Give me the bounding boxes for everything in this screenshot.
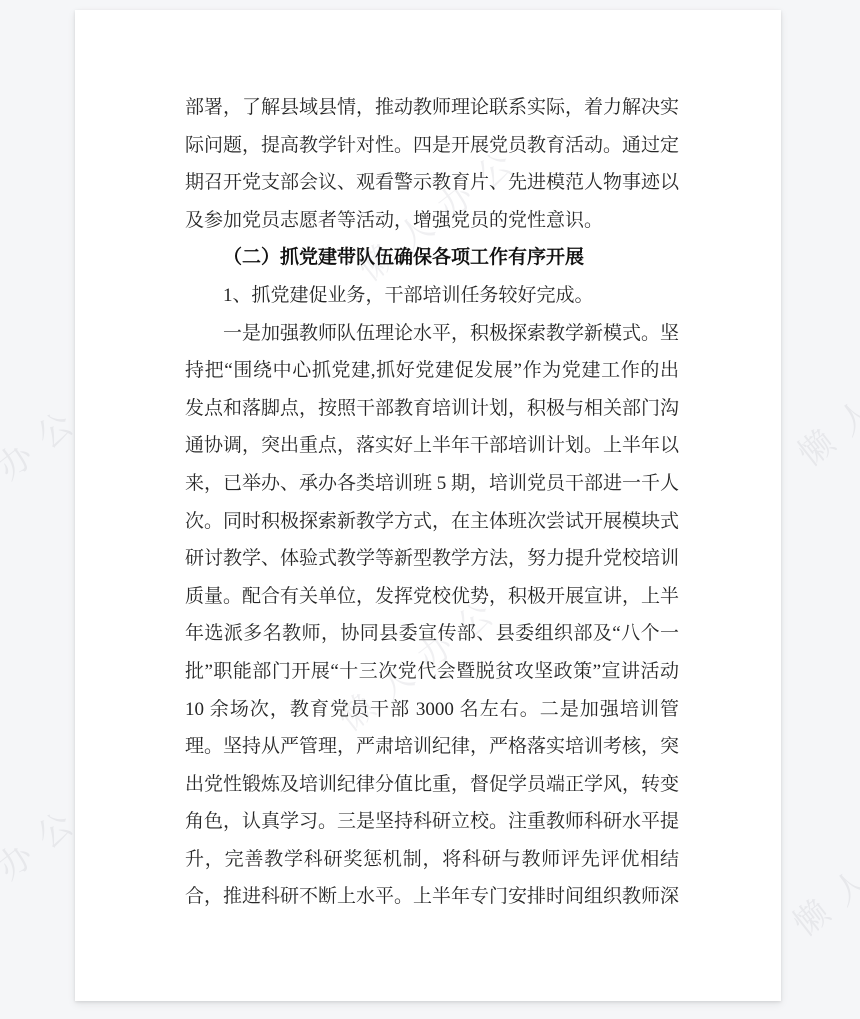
watermark-text: 懒人办公 (781, 784, 860, 946)
watermark-text: 懒人办公 (786, 314, 860, 476)
document-viewer-background: 部署，了解县域县情，推动教师理论联系实际，着力解决实际问题，提高教学针对性。四是… (0, 0, 860, 1019)
paragraph: 部署，了解县域县情，推动教师理论联系实际，着力解决实际问题，提高教学针对性。四是… (185, 89, 679, 239)
paragraph: 一是加强教师队伍理论水平，积极探索教学新模式。坚持把“围绕中心抓党建,抓好党建促… (185, 315, 679, 917)
document-text-body: 部署，了解县域县情，推动教师理论联系实际，着力解决实际问题，提高教学针对性。四是… (185, 89, 679, 916)
document-page: 部署，了解县域县情，推动教师理论联系实际，着力解决实际问题，提高教学针对性。四是… (75, 10, 781, 1001)
paragraph: 1、抓党建促业务，干部培训任务较好完成。 (185, 277, 679, 315)
section-heading: （二）抓党建带队伍确保各项工作有序开展 (185, 239, 679, 277)
